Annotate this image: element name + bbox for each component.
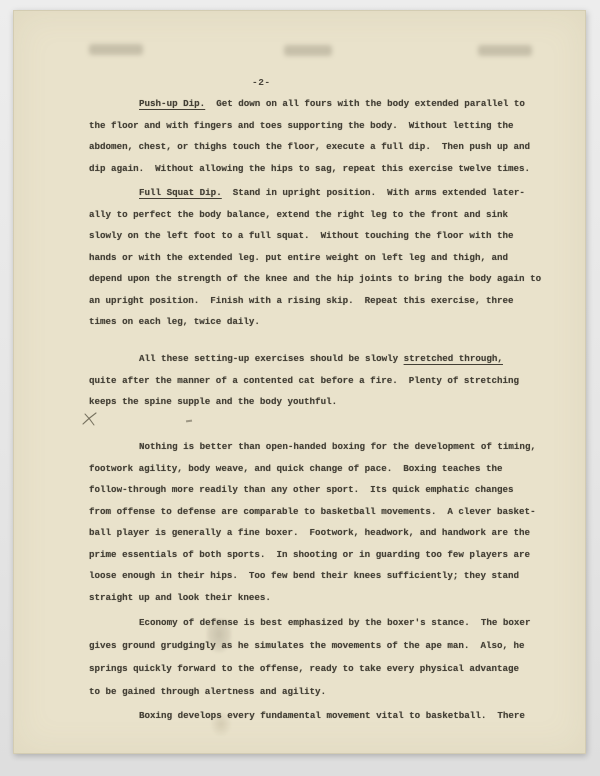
exercise-heading-full-squat-dip: Full Squat Dip. — [139, 187, 222, 198]
text-line: follow-through more readily than any oth… — [89, 479, 567, 501]
text-run: Stand in upright position. With arms ext… — [222, 187, 525, 198]
bleedthrough-smudge — [89, 44, 143, 55]
text-line: ally to perfect the body balance, extend… — [89, 204, 567, 226]
text-line: footwork agility, body weave, and quick … — [89, 458, 567, 480]
text-line: Nothing is better than open-handed boxin… — [89, 436, 567, 458]
paragraph-pushup-dip: Push-up Dip. Get down on all fours with … — [89, 93, 567, 179]
bleedthrough-smudge — [284, 45, 332, 56]
text-line: Push-up Dip. Get down on all fours with … — [89, 93, 567, 115]
text-run: Get down on all fours with the body exte… — [205, 98, 525, 109]
text-line: loose enough in their hips. Too few bend… — [89, 565, 567, 587]
stray-pencil-mark — [186, 420, 192, 422]
paragraph-boxing-benefits: Nothing is better than open-handed boxin… — [89, 436, 567, 608]
text-line: ball player is generally a fine boxer. F… — [89, 522, 567, 544]
pencil-x-mark — [80, 409, 100, 429]
paragraph-full-squat-dip: Full Squat Dip. Stand in upright positio… — [89, 182, 567, 333]
page-number: -2- — [252, 77, 271, 88]
text-line: Boxing develops every fundamental moveme… — [89, 705, 567, 727]
text-line: times on each leg, twice daily. — [89, 311, 567, 333]
text-line: to be gained through alertness and agili… — [89, 680, 567, 703]
text-line: the floor and with fingers and toes supp… — [89, 115, 567, 137]
text-line: straight up and look their knees. — [89, 587, 567, 609]
text-line: prime essentials of both sports. In shoo… — [89, 544, 567, 566]
text-line: quite after the manner of a contented ca… — [89, 370, 567, 392]
scan-background: -2- Push-up Dip. Get down on all fours w… — [0, 0, 600, 776]
text-line: All these setting-up exercises should be… — [89, 348, 567, 370]
text-line: springs quickly forward to the offense, … — [89, 657, 567, 680]
text-line: keeps the spine supple and the body yout… — [89, 391, 567, 413]
bleedthrough-smudge — [478, 45, 532, 56]
text-run: All these setting-up exercises should be… — [139, 353, 404, 364]
text-line: Full Squat Dip. Stand in upright positio… — [89, 182, 567, 204]
text-line: depend upon the strength of the knee and… — [89, 268, 567, 290]
paragraph-economy-of-defense: Economy of defense is best emphasized by… — [89, 611, 567, 703]
paragraph-stretching: All these setting-up exercises should be… — [89, 348, 567, 413]
text-line: abdomen, chest, or thighs touch the floo… — [89, 136, 567, 158]
text-line: hands or with the extended leg. put enti… — [89, 247, 567, 269]
text-line: slowly on the left foot to a full squat.… — [89, 225, 567, 247]
text-line: dip again. Without allowing the hips to … — [89, 158, 567, 180]
text-line: Economy of defense is best emphasized by… — [89, 611, 567, 634]
paragraph-fundamental-movement: Boxing develops every fundamental moveme… — [89, 705, 567, 727]
exercise-heading-pushup-dip: Push-up Dip. — [139, 98, 205, 109]
document-page: -2- Push-up Dip. Get down on all fours w… — [13, 10, 586, 754]
text-line: gives ground grudgingly as he simulates … — [89, 634, 567, 657]
underlined-phrase: stretched through, — [404, 353, 503, 364]
text-line: from offense to defense are comparable t… — [89, 501, 567, 523]
text-line: an upright position. Finish with a risin… — [89, 290, 567, 312]
